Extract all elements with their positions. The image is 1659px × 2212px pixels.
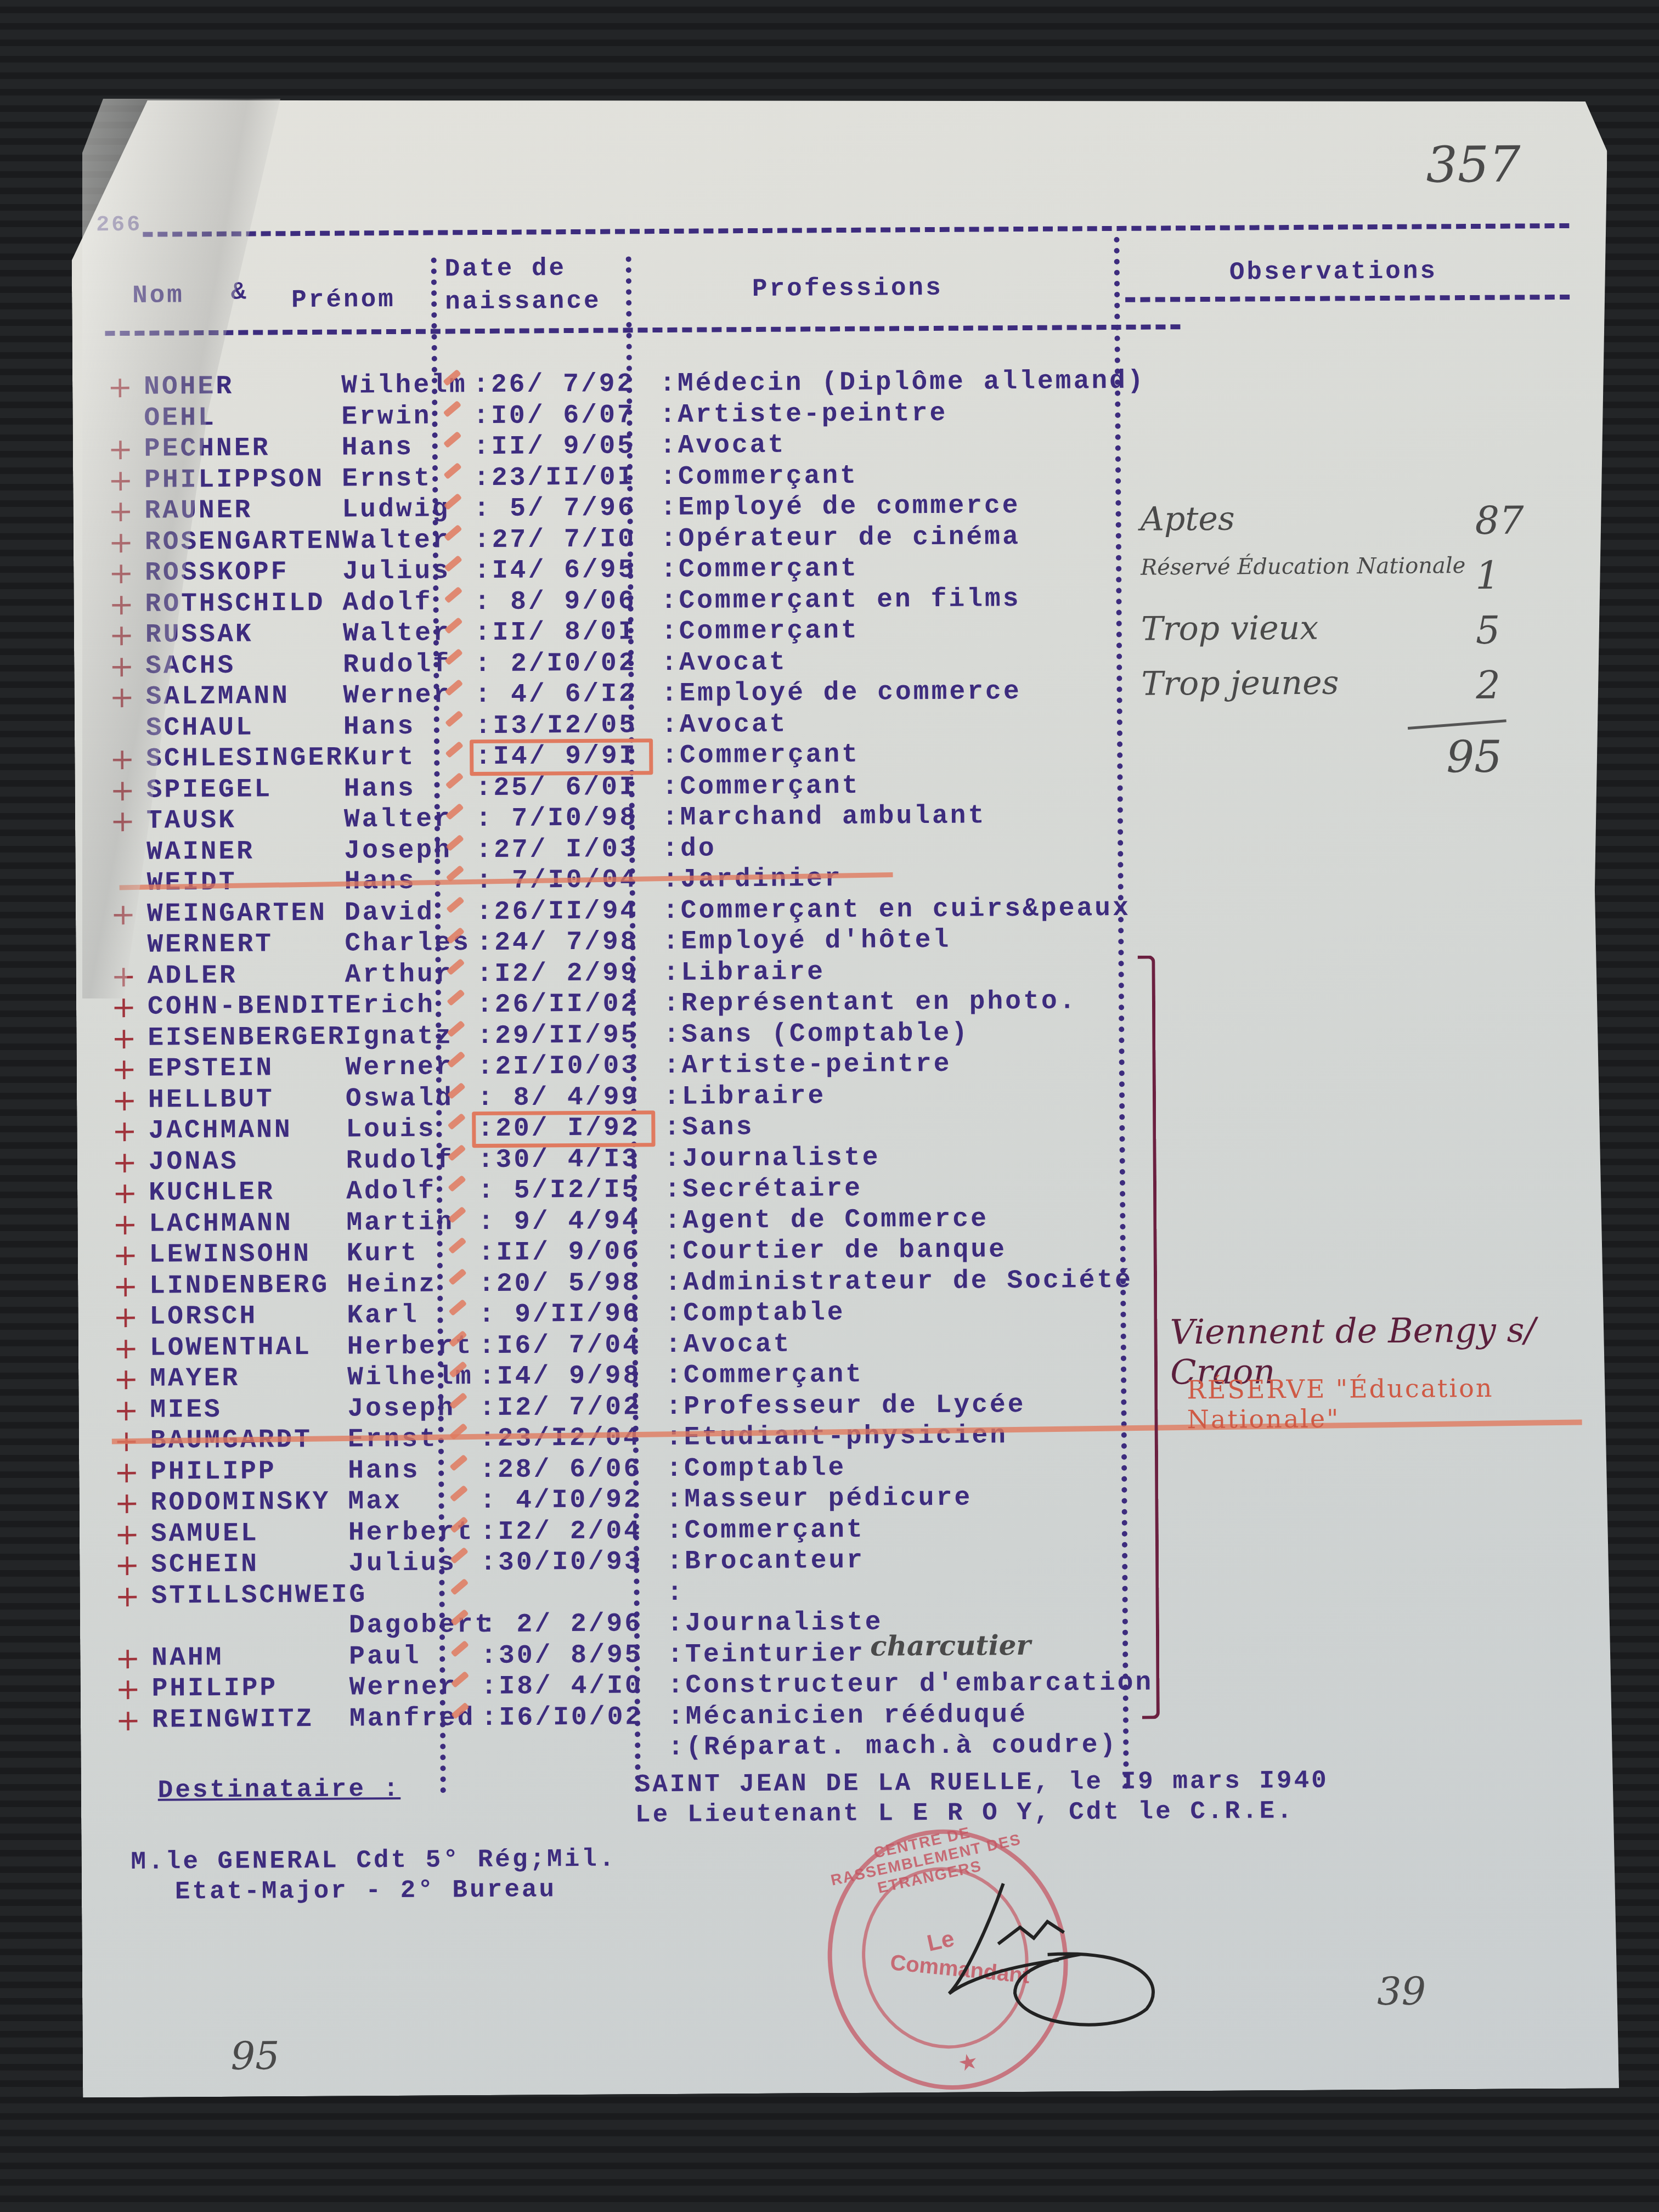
row-profession: :Commerçant	[660, 460, 858, 492]
tally-label: Réservé Éducation Nationale	[1141, 553, 1465, 580]
row-nom: PECHNER	[144, 433, 270, 464]
row-nom: RAUNER	[144, 495, 252, 527]
cross-mark-icon: +	[115, 1519, 142, 1549]
row-profession: :Journaliste	[664, 1142, 881, 1174]
row-date: :26/II/02	[477, 989, 639, 1020]
row-prenom: Manfred	[349, 1703, 476, 1734]
row-profession: :Avocat	[662, 709, 788, 740]
tally-label: Trop vieux	[1141, 609, 1319, 648]
row-profession: :Sans	[664, 1112, 754, 1143]
row-nom: SACHS	[145, 650, 235, 681]
row-prenom: Joseph	[347, 1393, 455, 1424]
row-prenom: Werner	[346, 1052, 454, 1083]
row-profession: :Médecin (Diplôme allemand)	[659, 366, 1145, 399]
cross-mark-icon: +	[114, 1333, 141, 1363]
tally-total: 95	[1446, 731, 1502, 783]
row-date: : 9/ 4/94	[478, 1206, 640, 1238]
row-profession: :Artiste-peintre	[664, 1049, 952, 1081]
cross-mark-icon: +	[114, 1488, 142, 1519]
red-check-mark	[445, 741, 464, 758]
cross-mark-icon: +	[110, 775, 137, 805]
row-nom: WAINER	[146, 836, 255, 867]
row-nom: PHILIPP	[151, 1673, 278, 1704]
row-prenom: Werner	[349, 1672, 457, 1703]
row-nom: EISENBERGER	[148, 1022, 346, 1053]
top-rule	[143, 223, 1569, 237]
cross-mark-icon: +	[108, 465, 136, 495]
row-profession: :Avocat	[665, 1329, 792, 1360]
row-profession: :Commerçant	[661, 616, 859, 647]
header-date-line2: naissance	[445, 287, 601, 317]
row-nom: WERNERT	[147, 929, 273, 960]
red-check-mark	[447, 989, 465, 1006]
row-profession: :Employé de commerce	[660, 490, 1020, 523]
red-check-mark	[449, 1454, 468, 1471]
row-nom: SPIEGEL	[146, 774, 272, 805]
cross-mark-icon: +	[112, 1178, 140, 1209]
red-check-mark	[450, 1640, 469, 1657]
cross-mark-icon: +	[113, 1302, 140, 1333]
row-nom: NAHM	[151, 1642, 224, 1673]
row-profession: :Employé de commerce	[661, 676, 1021, 709]
cross-mark-icon: +	[113, 1271, 140, 1301]
cross-mark-icon: +	[109, 651, 137, 681]
tally-count: 2	[1476, 663, 1500, 708]
row-nom: ROSENGARTEN	[145, 526, 343, 557]
row-date: :II/ 8/0I	[475, 617, 637, 648]
row-nom: ROTHSCHILD	[145, 588, 325, 619]
row-date: :I0/ 6/07	[473, 400, 635, 432]
folio-number-top-right: 357	[1426, 136, 1520, 194]
row-profession: :Administrateur de Société	[665, 1265, 1133, 1298]
red-check-mark	[450, 1485, 469, 1502]
row-profession: :Courtier de banque	[665, 1234, 1007, 1267]
tally-label: Aptes	[1140, 500, 1235, 539]
row-prenom: Adolf	[342, 587, 432, 618]
row-date: :29/II/95	[477, 1020, 639, 1052]
red-check-mark	[450, 1578, 469, 1595]
signature-stroke	[949, 1883, 1154, 2026]
recipient-label: Destinataire :	[158, 1775, 401, 1805]
row-prenom: Walter	[344, 804, 452, 835]
row-profession: :Artiste-peintre	[659, 398, 947, 430]
row-prenom: Charles	[345, 928, 471, 959]
row-date: : 2/ 2/96	[481, 1609, 643, 1640]
header-date-line1: Date de	[445, 254, 567, 283]
row-nom: LINDENBERG	[149, 1269, 329, 1301]
cross-mark-icon: +	[108, 496, 136, 527]
row-profession: :Représentant en photo.	[663, 986, 1077, 1019]
row-date: :2I/I0/03	[477, 1051, 640, 1082]
row-profession: :Secrétaire	[664, 1173, 862, 1205]
stamp-star-icon: ★	[957, 2049, 979, 2075]
red-check-mark	[445, 772, 464, 789]
header-prenom: Prénom	[291, 285, 396, 314]
signature	[938, 1860, 1235, 2038]
row-date: : 7/I0/98	[476, 803, 638, 834]
row-profession: :Comptable	[665, 1297, 845, 1329]
header-amp: &	[231, 278, 249, 307]
row-nom: SCHAUL	[146, 712, 254, 743]
cross-mark-icon: +	[112, 1147, 140, 1177]
header-nom: Nom	[132, 281, 184, 310]
row-date: :I2/ 7/02	[479, 1392, 641, 1424]
row-nom: JACHMANN	[148, 1115, 292, 1147]
row-nom: NOHER	[144, 371, 234, 403]
cross-mark-icon: +	[109, 527, 136, 557]
row-profession: :Opérateur de cinéma	[661, 522, 1020, 555]
header-professions: Professions	[752, 274, 943, 303]
row-profession: :Libraire	[664, 1081, 826, 1113]
row-date: :II/ 9/05	[473, 431, 636, 462]
row-nom: LEWINSOHN	[149, 1239, 312, 1271]
row-prenom: Ernst	[342, 463, 432, 494]
row-nom: HELLBUT	[148, 1084, 274, 1115]
row-date: : 8/ 4/99	[477, 1082, 640, 1114]
row-prenom: Wilhelm	[347, 1362, 473, 1393]
row-prenom: Walter	[343, 618, 451, 649]
red-check-mark	[444, 586, 463, 603]
row-prenom: Hans	[342, 432, 414, 464]
register-table: +NOHERWilhelm:26/ 7/92:Médecin (Diplôme …	[111, 366, 1153, 373]
tally-sum-line	[1408, 719, 1506, 730]
row-profession: :(Réparat. mach.à coudre)	[668, 1730, 1118, 1763]
cross-mark-icon: +	[110, 806, 138, 837]
row-date: :30/I0/93	[480, 1547, 642, 1578]
folio-number-top-left: 266	[96, 213, 142, 238]
row-nom: REINGWITZ	[152, 1703, 314, 1735]
row-profession: :Commerçant	[667, 1514, 865, 1546]
tally-label: Trop jeunes	[1141, 663, 1339, 703]
header-rule-left	[105, 324, 1180, 336]
row-nom: SAMUEL	[151, 1518, 259, 1549]
row-nom: KUCHLER	[149, 1177, 275, 1208]
row-date: :27/ 7/I0	[474, 524, 636, 556]
row-prenom: Paul	[349, 1641, 421, 1672]
row-prenom: Ludwig	[342, 494, 450, 525]
row-date: :30/ 4/I3	[478, 1144, 640, 1176]
row-prenom: Rudolf	[346, 1145, 454, 1176]
recipient-line2: Etat-Major - 2° Bureau	[175, 1875, 557, 1906]
row-date: :I6/ 7/04	[479, 1330, 641, 1362]
tally-row: Trop vieux5	[1141, 607, 1558, 648]
row-profession: :Brocanteur	[667, 1545, 865, 1577]
row-date: :26/II/94	[476, 896, 639, 928]
row-profession: :	[667, 1577, 685, 1608]
row-date: :I3/I2/05	[475, 710, 637, 742]
red-box-highlight	[470, 738, 653, 776]
document-page: 357 266 Nom & Prénom Date de naissance P…	[71, 91, 1619, 2097]
row-prenom: Dagobert	[349, 1610, 493, 1641]
row-date: : 5/I2/I5	[478, 1175, 640, 1206]
row-nom: ADLER	[147, 960, 237, 991]
cross-mark-icon: +	[115, 1581, 142, 1611]
row-date: :27/ I/03	[476, 834, 638, 866]
row-nom: COHN-BENDIT	[148, 991, 346, 1023]
column-separator-observations	[1114, 237, 1128, 1790]
row-profession: :Mécanicien rééduqué	[668, 1699, 1028, 1732]
row-prenom: David	[345, 897, 435, 928]
row-date: :I2/ 2/04	[480, 1516, 642, 1548]
cross-mark-icon: +	[112, 1209, 140, 1239]
red-check-mark	[448, 1175, 466, 1192]
row-prenom: Herbert	[347, 1331, 473, 1362]
row-profession: :Commerçant en cuirs&peaux	[663, 893, 1131, 926]
red-note: RÉSERVE "Éducation Nationale"	[1187, 1372, 1615, 1434]
row-prenom: Julius	[348, 1548, 456, 1579]
cross-mark-icon: +	[113, 1240, 140, 1271]
row-nom: LACHMANN	[149, 1208, 293, 1240]
cross-mark-icon: +	[116, 1705, 143, 1735]
row-prenom: Max	[348, 1486, 402, 1517]
cross-mark-icon: +	[112, 1116, 139, 1147]
tally-row: Aptes87	[1140, 498, 1557, 539]
row-prenom: Oswald	[346, 1083, 454, 1114]
cross-mark-icon: +	[110, 744, 137, 775]
row-profession: :Sans (Comptable)	[663, 1018, 969, 1050]
row-date: :I8/ 4/I0	[481, 1671, 643, 1702]
row-date: : 9/II/96	[478, 1299, 641, 1330]
row-nom: RUSSAK	[145, 619, 253, 651]
row-profession: :Agent de Commerce	[664, 1204, 989, 1237]
header-observations: Observations	[1229, 257, 1438, 286]
row-nom: OEHL	[144, 402, 216, 433]
row-prenom: Louis	[346, 1114, 436, 1145]
row-date: : 4/I0/92	[479, 1485, 642, 1516]
row-nom: STILLSCHWEIG	[151, 1579, 367, 1611]
cross-mark-icon: +	[108, 434, 136, 465]
row-prenom: Hans	[343, 711, 416, 742]
row-date: :25/ 6/0I	[475, 772, 637, 804]
row-prenom: Herbert	[348, 1517, 475, 1548]
cross-mark-icon: +	[115, 1643, 143, 1673]
row-profession: :Avocat	[660, 430, 786, 461]
red-box-highlight	[472, 1110, 655, 1148]
cross-mark-icon: +	[109, 620, 137, 651]
header-rule-right	[1125, 295, 1570, 302]
row-date: :I4/ 9/98	[479, 1361, 641, 1392]
row-nom: SALZMANN	[145, 681, 290, 713]
handwritten-annotation: charcutier	[870, 1629, 1031, 1661]
cross-mark-icon: +	[108, 372, 135, 403]
row-date: :26/ 7/92	[473, 369, 635, 400]
row-profession: :do	[662, 833, 716, 865]
row-prenom: Karl	[347, 1300, 419, 1331]
page-number-bottom-right: 39	[1377, 1969, 1426, 2015]
row-date: :30/ 8/95	[481, 1640, 643, 1672]
row-profession: :Libraire	[663, 957, 825, 989]
row-profession: :Constructeur d'embarcation	[667, 1668, 1153, 1701]
tally-count: 5	[1476, 608, 1500, 653]
cross-mark-icon: +	[114, 1395, 141, 1425]
cross-mark-icon: +	[109, 589, 136, 619]
row-nom: PHILIPP	[150, 1456, 276, 1487]
cross-mark-icon: +	[111, 961, 138, 991]
row-nom: SCHLESINGER	[146, 743, 344, 775]
row-profession: :Employé d'hôtel	[663, 925, 951, 957]
cross-mark-icon: +	[114, 1364, 141, 1395]
row-profession: :Masseur pédicure	[666, 1483, 972, 1515]
red-check-mark	[448, 1237, 467, 1254]
cross-mark-icon: +	[112, 1085, 139, 1115]
cross-mark-icon: +	[111, 992, 139, 1023]
red-check-mark	[443, 462, 462, 479]
red-check-mark	[443, 400, 462, 417]
row-nom: RODOMINSKY	[150, 1487, 330, 1519]
row-prenom: Erwin	[341, 401, 431, 432]
row-profession: :Teinturier	[667, 1638, 865, 1670]
tally-count: 87	[1475, 498, 1524, 543]
red-check-mark	[445, 710, 464, 727]
bracket-right	[1137, 956, 1160, 1719]
row-prenom: Walter	[342, 525, 450, 556]
row-profession: :Commerçant	[662, 770, 860, 802]
row-profession: :Etudiant-physicien	[666, 1420, 1008, 1453]
row-profession: :Commerçant	[665, 1359, 864, 1391]
red-check-mark	[446, 896, 465, 913]
recipient-line1: M.le GENERAL Cdt 5° Rég;Mil.	[131, 1845, 616, 1876]
row-profession: :Avocat	[661, 647, 787, 678]
row-profession: :Professeur de Lycée	[665, 1389, 1025, 1422]
row-prenom: Ignatz	[345, 1021, 453, 1052]
row-nom: MAYER	[150, 1363, 240, 1395]
row-date: :20/ 5/98	[478, 1268, 641, 1300]
red-check-mark	[443, 431, 462, 448]
row-nom: LOWENTHAL	[150, 1331, 312, 1363]
row-prenom: Werner	[343, 680, 451, 711]
row-prenom: Kurt	[343, 742, 416, 774]
cross-mark-icon: +	[111, 1023, 139, 1053]
row-profession: :Journaliste	[667, 1607, 883, 1639]
tally-row: Trop jeunes2	[1141, 662, 1558, 703]
row-prenom: Hans	[343, 773, 416, 804]
row-date: :I6/I0/02	[481, 1702, 644, 1734]
row-prenom: Rudolf	[343, 649, 451, 680]
row-date: :23/II/0I	[473, 462, 636, 494]
row-nom: ROSSKOPF	[145, 557, 289, 589]
row-prenom: Martin	[346, 1207, 454, 1238]
row-date: : 4/ 6/I2	[475, 679, 637, 710]
row-date: :II/ 9/06	[478, 1237, 641, 1268]
row-nom: MIES	[150, 1394, 222, 1425]
row-prenom: Erich	[345, 990, 435, 1022]
row-date: :28/ 6/06	[479, 1454, 642, 1486]
row-prenom: Wilhelm	[341, 370, 467, 401]
cross-mark-icon: +	[115, 1550, 142, 1581]
row-nom: EPSTEIN	[148, 1053, 274, 1084]
tally-row: Réservé Éducation Nationale1	[1141, 552, 1558, 580]
cross-mark-icon: +	[114, 1457, 142, 1487]
row-nom: JONAS	[149, 1146, 239, 1177]
row-profession: :Commerçant	[661, 554, 859, 585]
row-prenom: Adolf	[346, 1176, 436, 1207]
red-check-mark	[447, 1113, 466, 1130]
row-date: : 2/I0/02	[475, 648, 637, 680]
row-nom: PHILIPPSON	[144, 464, 324, 495]
tally-count: 1	[1475, 553, 1500, 598]
row-nom: SCHEIN	[151, 1549, 259, 1581]
red-check-mark	[449, 1299, 467, 1316]
row-date: : 8/ 9/06	[474, 586, 636, 618]
row-nom: WEINGARTEN	[147, 898, 327, 929]
row-nom: WEIDT	[146, 867, 236, 899]
cross-mark-icon: +	[109, 682, 137, 713]
row-prenom: Kurt	[347, 1238, 419, 1269]
row-date: :24/ 7/98	[476, 927, 639, 958]
row-prenom: Hans	[348, 1455, 420, 1486]
row-nom: TAUSK	[146, 805, 236, 837]
page-number-bottom-left: 95	[230, 2033, 280, 2079]
row-prenom: Joseph	[344, 835, 452, 866]
row-profession: :Marchand ambulant	[662, 800, 986, 833]
row-profession: :Commerçant en films	[661, 584, 1020, 617]
row-profession: :Comptable	[666, 1452, 846, 1484]
cross-mark-icon: +	[112, 1054, 139, 1085]
row-prenom: Heinz	[347, 1269, 437, 1300]
row-profession: :Commerçant	[662, 740, 860, 771]
cross-mark-icon: +	[111, 899, 138, 929]
row-date: :I4/ 6/95	[474, 555, 636, 586]
row-nom: LORSCH	[149, 1301, 257, 1333]
cross-mark-icon: +	[109, 558, 136, 589]
row-date: :I2/ 2/99	[476, 958, 639, 990]
observations-tally: Aptes87Réservé Éducation Nationale1Trop …	[1140, 498, 1557, 500]
row-date: : 5/ 7/96	[473, 493, 636, 524]
place-date: SAINT JEAN DE LA RUELLE, le I9 mars I940	[635, 1767, 1329, 1799]
row-prenom: Arthur	[345, 959, 453, 990]
cross-mark-icon: +	[115, 1674, 143, 1705]
row-prenom: Julius	[342, 556, 450, 587]
red-check-mark	[448, 1268, 467, 1285]
